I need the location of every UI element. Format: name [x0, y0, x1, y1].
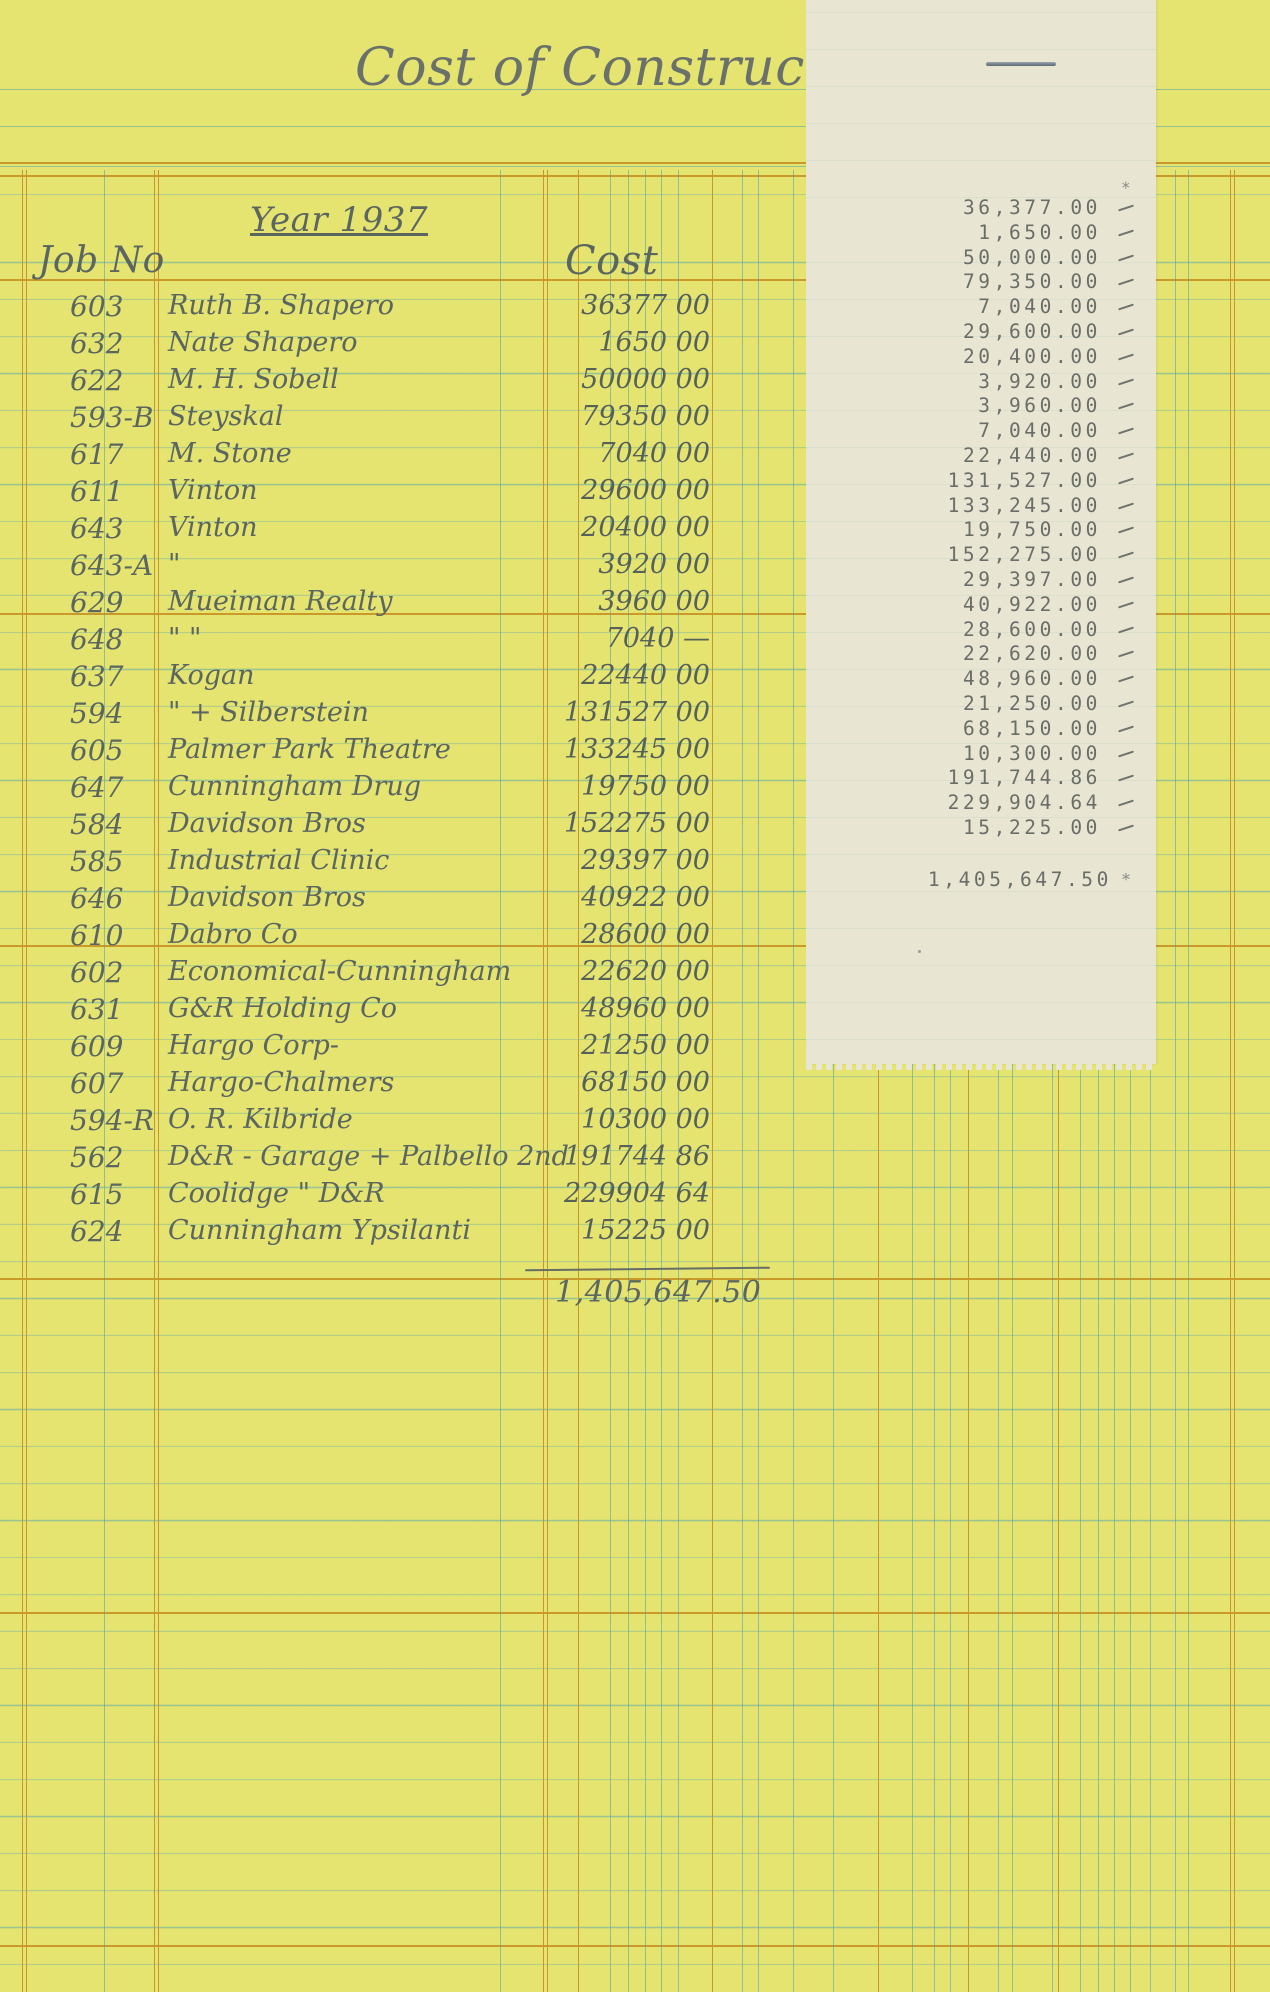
client-name: Kogan — [168, 660, 548, 691]
job-number: 605 — [70, 734, 160, 767]
ledger-row: 607Hargo-Chalmers68150 00 — [0, 1067, 800, 1104]
job-number: 624 — [70, 1215, 160, 1248]
client-name: M. H. Sobell — [168, 364, 548, 395]
job-number: 632 — [70, 327, 160, 360]
ledger-row: 647Cunningham Drug19750 00 — [0, 771, 800, 808]
cost-amount: 133245 00 — [550, 734, 710, 765]
ledger-row: 632Nate Shapero1650 00 — [0, 327, 800, 364]
job-number: 609 — [70, 1030, 160, 1063]
ledger-row: 593-BSteyskal79350 00 — [0, 401, 800, 438]
tape-entry: 48,960.00 — [963, 667, 1101, 690]
cost-amount: 28600 00 — [550, 919, 710, 950]
tape-entry: 133,245.00 — [948, 494, 1101, 517]
ledger-row: 584Davidson Bros152275 00 — [0, 808, 800, 845]
client-name: " + Silberstein — [168, 697, 548, 728]
cost-amount: 15225 00 — [550, 1215, 710, 1246]
client-name: Cunningham Ypsilanti — [168, 1215, 548, 1246]
ledger-row: 622M. H. Sobell50000 00 — [0, 364, 800, 401]
cost-amount: 48960 00 — [550, 993, 710, 1024]
tape-entry: 36,377.00 — [963, 196, 1101, 219]
client-name: Dabro Co — [168, 919, 548, 950]
ledger-row: 629Mueiman Realty3960 00 — [0, 586, 800, 623]
ledger-row: 643Vinton20400 00 — [0, 512, 800, 549]
ledger-row: 594" + Silberstein131527 00 — [0, 697, 800, 734]
tape-entry: 29,397.00 — [963, 568, 1101, 591]
ledger-row: 615Coolidge " D&R229904 64 — [0, 1178, 800, 1215]
ledger-title: Cost of Constructio — [355, 38, 875, 98]
client-name: Steyskal — [168, 401, 548, 432]
ledger-row: 562D&R - Garage + Palbello 2nd191744 86 — [0, 1141, 800, 1178]
ledger-row: 617M. Stone7040 00 — [0, 438, 800, 475]
client-name: Vinton — [168, 512, 548, 543]
cost-amount: 229904 64 — [550, 1178, 710, 1209]
tape-entry: 1,650.00 — [978, 221, 1101, 244]
client-name: Vinton — [168, 475, 548, 506]
tape-entry: 29,600.00 — [963, 320, 1101, 343]
cost-amount: 29600 00 — [550, 475, 710, 506]
tape-entry: 21,250.00 — [963, 692, 1101, 715]
cost-amount: 3920 00 — [550, 549, 710, 580]
adding-machine-tape: * 36,377.001,650.0050,000.0079,350.007,0… — [806, 0, 1156, 1064]
tape-total-symbol: * — [1122, 870, 1130, 889]
tape-mark — [918, 950, 921, 953]
cost-amount: 10300 00 — [550, 1104, 710, 1135]
client-name: Industrial Clinic — [168, 845, 548, 876]
cost-amount: 21250 00 — [550, 1030, 710, 1061]
job-number: 602 — [70, 956, 160, 989]
column-rule — [1188, 170, 1189, 1992]
tape-entry: 50,000.00 — [963, 246, 1101, 269]
job-no-header: Job No — [38, 240, 165, 281]
job-number: 607 — [70, 1067, 160, 1100]
client-name: Davidson Bros — [168, 882, 548, 913]
column-rule — [1175, 170, 1176, 1992]
tape-entry: 22,620.00 — [963, 642, 1101, 665]
job-number: 585 — [70, 845, 160, 878]
job-number: 562 — [70, 1141, 160, 1174]
job-number: 629 — [70, 586, 160, 619]
cost-amount: 19750 00 — [550, 771, 710, 802]
cost-amount: 1650 00 — [550, 327, 710, 358]
client-name: Nate Shapero — [168, 327, 548, 358]
ledger-row: 643-A"3920 00 — [0, 549, 800, 586]
tape-entry: 131,527.00 — [948, 469, 1101, 492]
ledger-row: 637Kogan22440 00 — [0, 660, 800, 697]
ledger-row: 610Dabro Co28600 00 — [0, 919, 800, 956]
cost-amount: 68150 00 — [550, 1067, 710, 1098]
cost-amount: 29397 00 — [550, 845, 710, 876]
client-name: Coolidge " D&R — [168, 1178, 548, 1209]
cost-amount: 7040 — — [550, 623, 710, 654]
client-name: O. R. Kilbride — [168, 1104, 548, 1135]
client-name: Hargo-Chalmers — [168, 1067, 548, 1098]
job-number: 647 — [70, 771, 160, 804]
client-name: M. Stone — [168, 438, 548, 469]
cost-amount: 36377 00 — [550, 290, 710, 321]
tape-entry: 7,040.00 — [978, 295, 1101, 318]
job-number: 594-R — [70, 1104, 160, 1137]
client-name: Mueiman Realty — [168, 586, 548, 617]
ledger-row: 609Hargo Corp-21250 00 — [0, 1030, 800, 1067]
client-name: " — [168, 549, 548, 580]
ledger-row: 602Economical-Cunningham22620 00 — [0, 956, 800, 993]
ledger-row: 631G&R Holding Co48960 00 — [0, 993, 800, 1030]
cost-amount: 22440 00 — [550, 660, 710, 691]
client-name: " " — [168, 623, 548, 654]
cost-amount: 40922 00 — [550, 882, 710, 913]
tape-entry: 68,150.00 — [963, 717, 1101, 740]
ledger-row: 585Industrial Clinic29397 00 — [0, 845, 800, 882]
tape-entry: 40,922.00 — [963, 593, 1101, 616]
job-number: 610 — [70, 919, 160, 952]
cost-amount: 50000 00 — [550, 364, 710, 395]
client-name: Hargo Corp- — [168, 1030, 548, 1061]
tape-entry: 229,904.64 — [948, 791, 1101, 814]
job-number: 603 — [70, 290, 160, 323]
year-heading: Year 1937 — [250, 200, 428, 240]
tape-entry: 79,350.00 — [963, 270, 1101, 293]
staple-icon — [986, 62, 1056, 66]
handwritten-total: 1,405,647.50 — [555, 1275, 761, 1310]
tape-entry: 20,400.00 — [963, 345, 1101, 368]
cost-amount: 7040 00 — [550, 438, 710, 469]
ledger-row: 603Ruth B. Shapero36377 00 — [0, 290, 800, 327]
job-number: 631 — [70, 993, 160, 1026]
client-name: Ruth B. Shapero — [168, 290, 548, 321]
tape-entry: 3,960.00 — [978, 394, 1101, 417]
ledger-row: 646Davidson Bros40922 00 — [0, 882, 800, 919]
client-name: Economical-Cunningham — [168, 956, 548, 987]
job-number: 643-A — [70, 549, 160, 582]
job-number: 611 — [70, 475, 160, 508]
ledger-row: 611Vinton29600 00 — [0, 475, 800, 512]
client-name: G&R Holding Co — [168, 993, 548, 1024]
tape-entry: 19,750.00 — [963, 518, 1101, 541]
cost-amount: 152275 00 — [550, 808, 710, 839]
tape-entry: 3,920.00 — [978, 370, 1101, 393]
ledger-row: 594-RO. R. Kilbride10300 00 — [0, 1104, 800, 1141]
cost-amount: 22620 00 — [550, 956, 710, 987]
job-number: 584 — [70, 808, 160, 841]
ledger-row: 648" "7040 — — [0, 623, 800, 660]
client-name: Cunningham Drug — [168, 771, 548, 802]
client-name: Davidson Bros — [168, 808, 548, 839]
cost-amount: 20400 00 — [550, 512, 710, 543]
job-number: 617 — [70, 438, 160, 471]
tape-entry: 15,225.00 — [963, 816, 1101, 839]
tape-entry: 28,600.00 — [963, 618, 1101, 641]
cost-amount: 191744 86 — [550, 1141, 710, 1172]
job-number: 615 — [70, 1178, 160, 1211]
job-number: 594 — [70, 697, 160, 730]
tape-entry: 22,440.00 — [963, 444, 1101, 467]
tape-entry: 191,744.86 — [948, 766, 1101, 789]
job-number: 646 — [70, 882, 160, 915]
ledger-row: 624Cunningham Ypsilanti15225 00 — [0, 1215, 800, 1252]
ledger-row: 605Palmer Park Theatre133245 00 — [0, 734, 800, 771]
job-number: 637 — [70, 660, 160, 693]
cost-amount: 3960 00 — [550, 586, 710, 617]
job-number: 648 — [70, 623, 160, 656]
tape-total: 1,405,647.50 — [928, 868, 1112, 891]
job-number: 643 — [70, 512, 160, 545]
job-number: 622 — [70, 364, 160, 397]
column-rule — [1234, 170, 1235, 1992]
tape-entry: 152,275.00 — [948, 543, 1101, 566]
job-number: 593-B — [70, 401, 160, 434]
tape-entry: 10,300.00 — [963, 742, 1101, 765]
column-rule — [1230, 170, 1231, 1992]
tape-entry: 7,040.00 — [978, 419, 1101, 442]
client-name: D&R - Garage + Palbello 2nd — [168, 1141, 548, 1172]
client-name: Palmer Park Theatre — [168, 734, 548, 765]
tape-start-symbol: * — [1121, 178, 1131, 197]
cost-amount: 131527 00 — [550, 697, 710, 728]
cost-amount: 79350 00 — [550, 401, 710, 432]
cost-header: Cost — [565, 238, 658, 284]
